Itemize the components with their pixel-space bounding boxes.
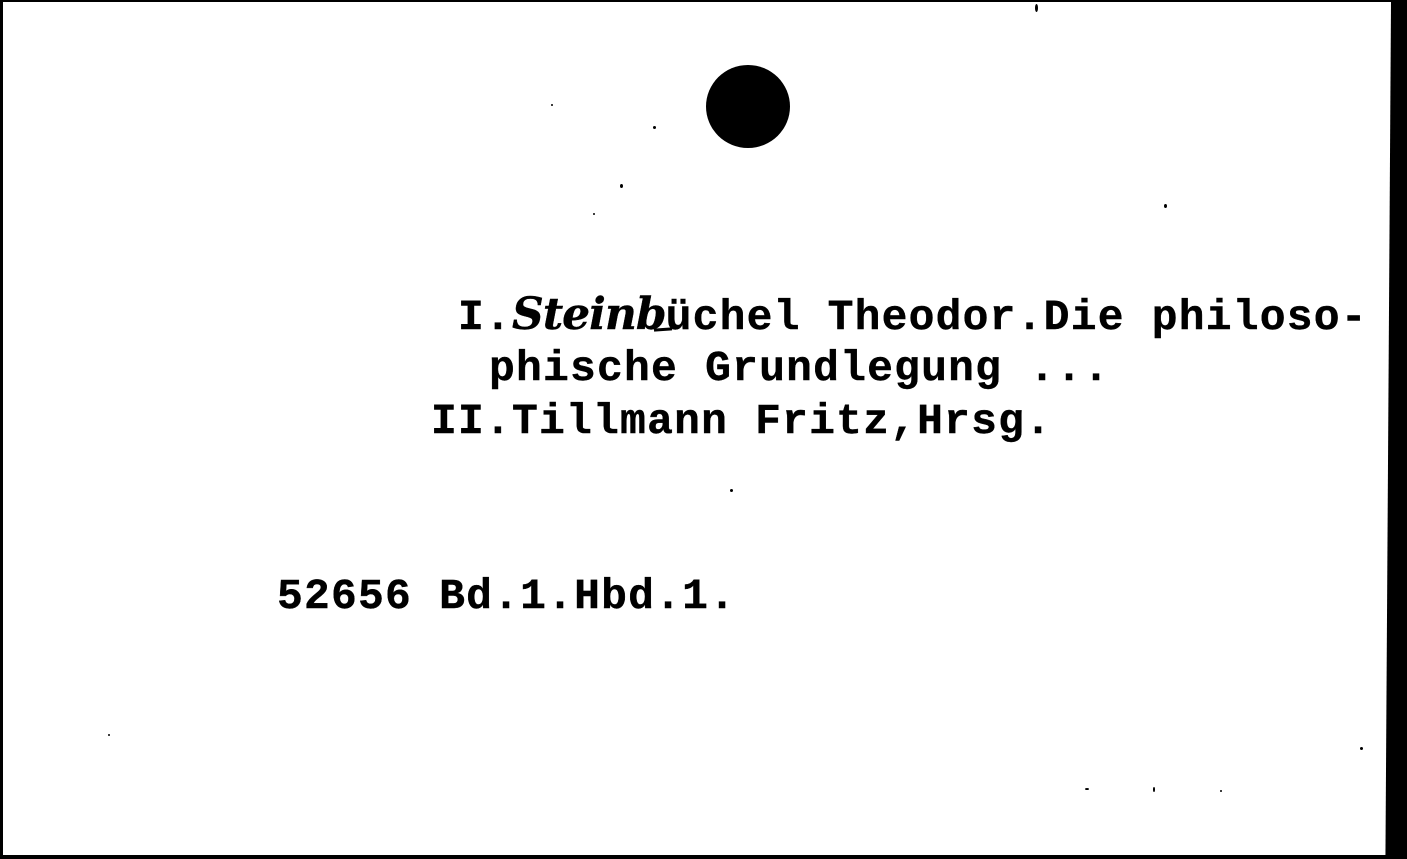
entry-2: II.Tillmann Fritz,Hrsg. [323, 357, 1052, 486]
scan-speck [1035, 4, 1038, 12]
punch-hole-icon [706, 65, 790, 148]
catalog-card: I.Steinbüchel Theodor.Die philoso- phisc… [3, 2, 1391, 855]
entry-2-text: II.Tillmann Fritz,Hrsg. [431, 397, 1052, 446]
scan-speck [620, 184, 623, 188]
scan-speck [653, 126, 656, 129]
scan-speck [1164, 204, 1167, 208]
scan-speck [1220, 790, 1222, 792]
scan-speck [1360, 747, 1363, 750]
shelf-mark: 52656 Bd.1.Hbd.1. [169, 532, 736, 661]
volume-designation: Bd.1.Hbd.1. [439, 572, 736, 621]
shelf-number: 52656 [277, 572, 412, 621]
scan-speck [551, 104, 553, 106]
scan-speck [1085, 788, 1089, 790]
scan-speck [108, 734, 110, 736]
scan-speck [1153, 787, 1155, 792]
scan-speck [593, 213, 595, 215]
scan-speck [730, 489, 733, 492]
scan-border-right [1389, 0, 1407, 859]
